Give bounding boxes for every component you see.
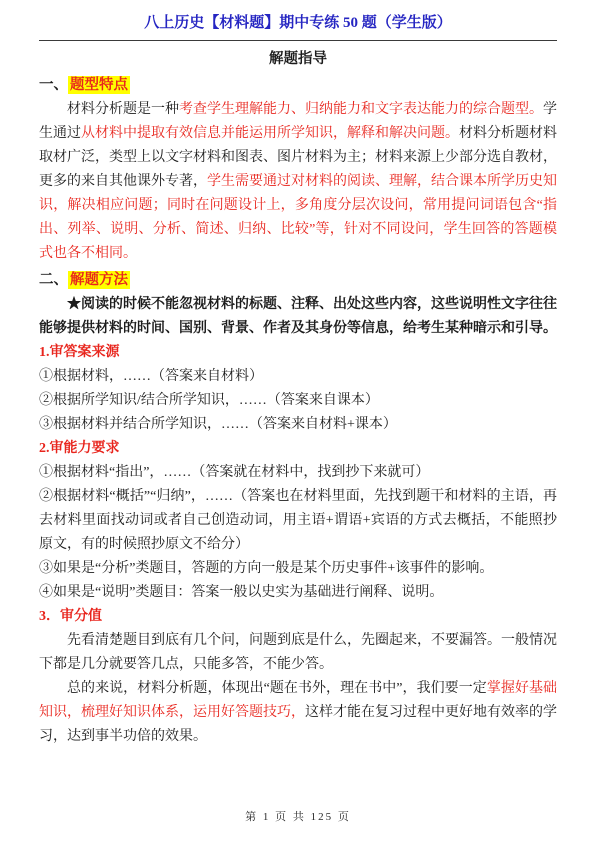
list-item: ④如果是“说明”类题目：答案一般以史实为基础进行阐释、说明。 — [39, 581, 557, 605]
section1-number: 一、 — [39, 77, 68, 93]
section2-heading: 二、解题方法 — [39, 268, 557, 293]
list-item: ①根据材料，……（答案来自材料） — [39, 365, 557, 389]
page-content: 八上历史【材料题】期中专练 50 题（学生版） 解题指导 一、题型特点 材料分析… — [0, 0, 596, 749]
subsection3-paragraph2: 总的来说，材料分析题，体现出“题在书外，理在书中”，我们要一定掌握好基础知识，梳… — [39, 677, 557, 749]
list-item: ①根据材料“指出”，……（答案就在材料中，找到抄下来就可） — [39, 461, 557, 485]
section2-title-highlight: 解题方法 — [68, 271, 130, 289]
section2-intro-paragraph: ★阅读的时候不能忽视材料的标题、注释、出处这些内容，这些说明性文字往往能够提供材… — [39, 293, 557, 341]
section1-heading: 一、题型特点 — [39, 73, 557, 98]
title-divider — [39, 40, 557, 41]
subsection2-heading: 2.审能力要求 — [39, 437, 557, 461]
text-run: 总的来说，材料分析题，体现出“题在书外，理在书中”，我们要一定 — [67, 681, 487, 696]
document-title: 八上历史【材料题】期中专练 50 题（学生版） — [39, 0, 557, 33]
section1-paragraph: 材料分析题是一种考查学生理解能力、归纳能力和文字表达能力的综合题型。学生通过从材… — [39, 98, 557, 266]
text-run: 考查学生理解能力、归纳能力和文字表达能力的综合题型。 — [179, 102, 543, 117]
list-item: ②根据所学知识/结合所学知识，……（答案来自课本） — [39, 389, 557, 413]
section2-number: 二、 — [39, 272, 68, 288]
subsection3-heading: 3．审分值 — [39, 605, 557, 629]
subsection3-paragraph1: 先看清楚题目到底有几个问，问题到底是什么，先圈起来，不要漏答。一般情况下都是几分… — [39, 629, 557, 677]
list-item: ②根据材料“概括”“归纳”，……（答案也在材料里面，先找到题干和材料的主语，再去… — [39, 485, 557, 557]
doc-heading: 解题指导 — [39, 47, 557, 71]
page-number-footer: 第 1 页 共 125 页 — [0, 810, 596, 824]
list-item: ③如果是“分析”类题目，答题的方向一般是某个历史事件+该事件的影响。 — [39, 557, 557, 581]
section1-title-highlight: 题型特点 — [68, 76, 130, 94]
list-item: ③根据材料并结合所学知识，……（答案来自材料+课本） — [39, 413, 557, 437]
text-run: 从材料中提取有效信息并能运用所学知识，解释和解决问题。 — [81, 126, 459, 141]
document-page: 八上历史【材料题】期中专练 50 题（学生版） 解题指导 一、题型特点 材料分析… — [0, 0, 596, 842]
text-run: 材料分析题是一种 — [67, 102, 179, 117]
subsection1-heading: 1.审答案来源 — [39, 341, 557, 365]
